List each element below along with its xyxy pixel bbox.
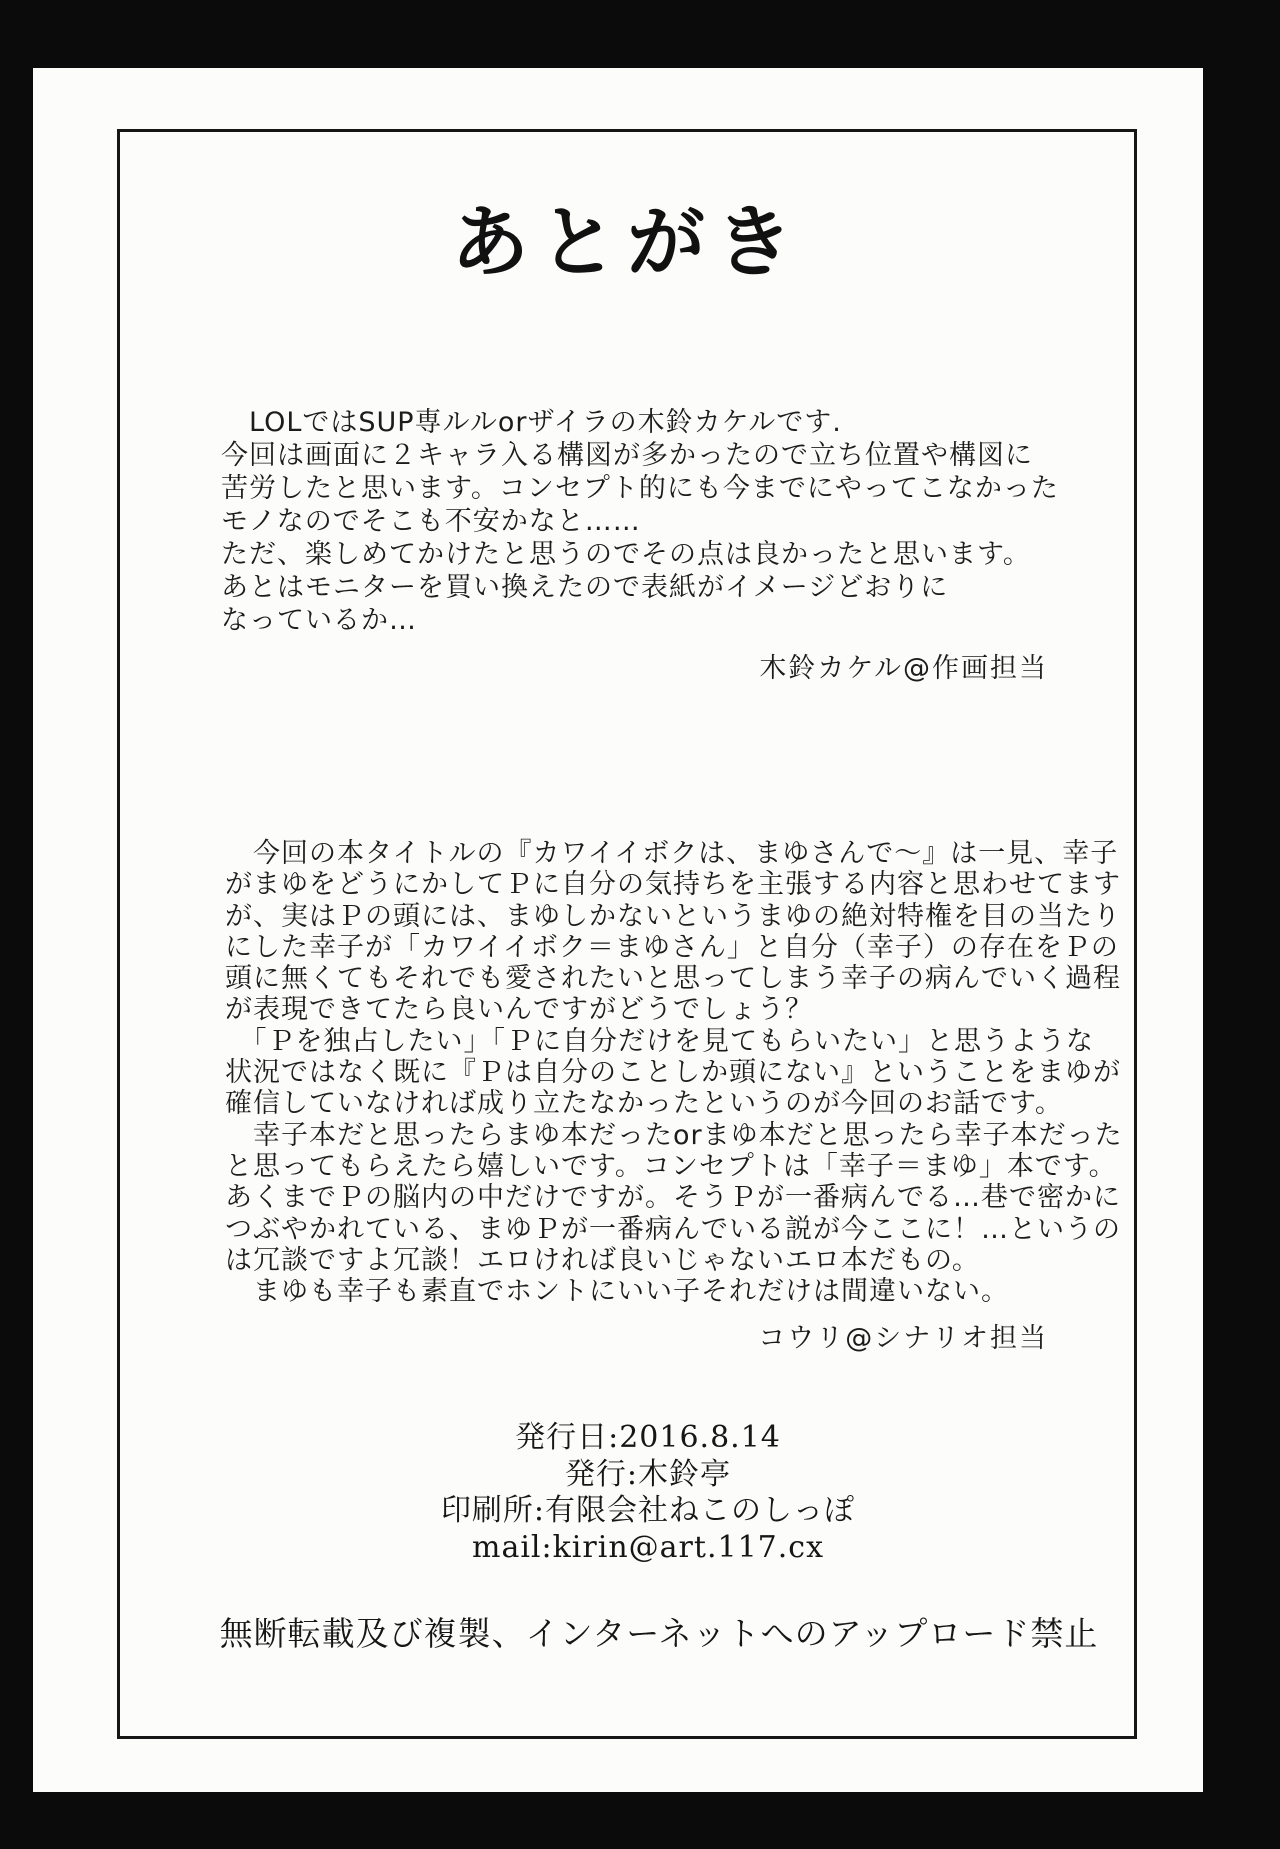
text-line: が、実はＰの頭には、まゆしかないというまゆの絶対特権を目の当たり <box>225 901 1123 932</box>
text-line: 今回は画面に２キャラ入る構図が多かったので立ち位置や構図に <box>221 439 1059 472</box>
text-line: あくまでＰの脳内の中だけですが。そうＰが一番病んでる…巷で密かに <box>225 1182 1123 1213</box>
writer-signature: コウリ@シナリオ担当 <box>117 1316 1048 1355</box>
text-line: 「Ｐを独占したい」「Ｐに自分だけを見てもらいたい」と思うような <box>225 1026 1123 1057</box>
text-line: にした幸子が「カワイイボク＝まゆさん」と自分（幸子）の存在をＰの <box>225 932 1123 963</box>
text-line: つぶやかれている、まゆＰが一番病んでいる説が今ここに！…というの <box>225 1214 1123 1245</box>
text-line: なっているか… <box>221 604 1059 637</box>
text-line: と思ってもらえたら嬉しいです。コンセプトは「幸子＝まゆ」本です。 <box>225 1151 1123 1182</box>
reprint-prohibition-notice: 無断転載及び複製、インターネットへのアップロード禁止 <box>149 1608 1169 1655</box>
text-line: ただ、楽しめてかけたと思うのでその点は良かったと思います。 <box>221 538 1059 571</box>
text-line: モノなのでそこも不安かなと…… <box>221 505 1059 538</box>
text-line: 幸子本だと思ったらまゆ本だったorまゆ本だと思ったら幸子本だった <box>225 1120 1123 1151</box>
artist-comment-paragraph: LOLではSUP専ルルorザイラの木鈴カケルです.今回は画面に２キャラ入る構図が… <box>221 406 1059 637</box>
artist-signature: 木鈴カケル@作画担当 <box>117 646 1048 685</box>
text-line: LOLではSUP専ルルorザイラの木鈴カケルです. <box>221 406 1059 439</box>
text-line: mail:kirin@art.117.cx <box>138 1530 1158 1567</box>
text-line: 発行:木鈴亭 <box>138 1457 1158 1494</box>
text-line: 発行日:2016.8.14 <box>138 1420 1158 1457</box>
writer-comment-paragraph: 今回の本タイトルの『カワイイボクは、まゆさんで～』は一見、幸子がまゆをどうにかし… <box>225 838 1123 1307</box>
afterword-page: あとがき LOLではSUP専ルルorザイラの木鈴カケルです.今回は画面に２キャラ… <box>33 68 1203 1792</box>
text-line: 状況ではなく既に『Ｐは自分のことしか頭にない』ということをまゆが <box>225 1057 1123 1088</box>
colophon-block: 発行日:2016.8.14発行:木鈴亭印刷所:有限会社ねこのしっぽmail:ki… <box>138 1420 1158 1566</box>
page-title: あとがき <box>117 180 1137 292</box>
text-line: 苦労したと思います。コンセプト的にも今までにやってこなかった <box>221 472 1059 505</box>
text-line: まゆも幸子も素直でホントにいい子それだけは間違いない。 <box>225 1276 1123 1307</box>
text-line: あとはモニターを買い換えたので表紙がイメージどおりに <box>221 571 1059 604</box>
text-line: が表現できてたら良いんですがどうでしょう？ <box>225 994 1123 1025</box>
scan-background: あとがき LOLではSUP専ルルorザイラの木鈴カケルです.今回は画面に２キャラ… <box>0 0 1280 1849</box>
text-line: 確信していなければ成り立たなかったというのが今回のお話です。 <box>225 1088 1123 1119</box>
text-line: 今回の本タイトルの『カワイイボクは、まゆさんで～』は一見、幸子 <box>225 838 1123 869</box>
text-line: 頭に無くてもそれでも愛されたいと思ってしまう幸子の病んでいく過程 <box>225 963 1123 994</box>
text-line: は冗談ですよ冗談！エロければ良いじゃないエロ本だもの。 <box>225 1245 1123 1276</box>
text-line: 印刷所:有限会社ねこのしっぽ <box>138 1493 1158 1530</box>
text-line: がまゆをどうにかしてＰに自分の気持ちを主張する内容と思わせてます <box>225 869 1123 900</box>
